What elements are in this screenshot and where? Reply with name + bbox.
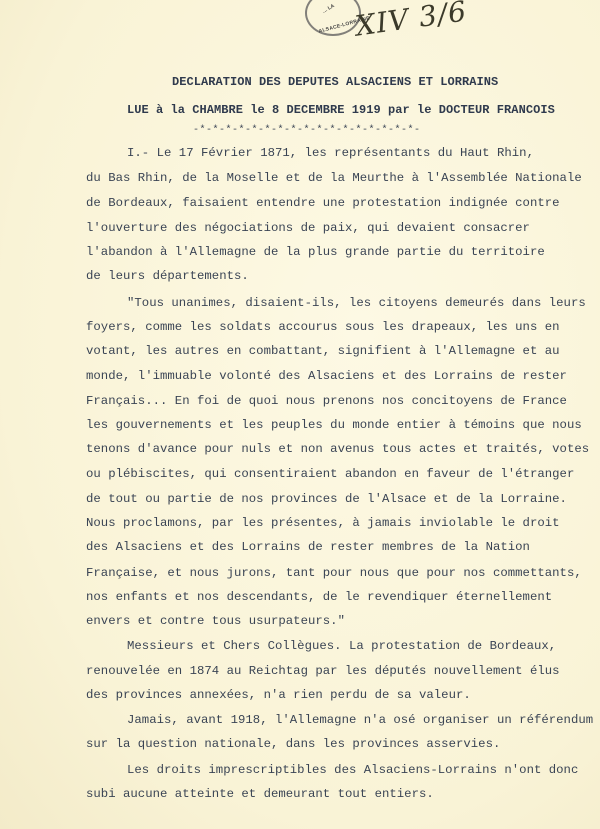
document-subtitle: LUE à la CHAMBRE le 8 DECEMBRE 1919 par … xyxy=(127,103,555,117)
text-line: foyers, comme les soldats accourus sous … xyxy=(86,320,560,334)
text-line: subi aucune atteinte et demeurant tout e… xyxy=(86,787,434,801)
archive-reference: XIV 3/6 xyxy=(353,0,469,43)
text-line: tenons d'avance pour nuls et non avenus … xyxy=(86,442,589,456)
text-line: Français... En foi de quoi nous prenons … xyxy=(86,394,567,408)
title-separator: -*-*-*-*-*-*-*-*-*-*-*-*-*-*-*-*-*- xyxy=(193,125,421,136)
text-line: l'ouverture des négociations de paix, qu… xyxy=(86,221,530,235)
text-line: de tout ou partie de nos provinces de l'… xyxy=(86,492,567,506)
text-line: Les droits imprescriptibles des Alsacien… xyxy=(127,763,578,777)
text-line: les gouvernements et les peuples du mond… xyxy=(86,418,582,432)
text-line: des provinces annexées, n'a rien perdu d… xyxy=(86,688,471,702)
text-line: Messieurs et Chers Collègues. La protest… xyxy=(127,639,556,653)
text-line: votant, les autres en combattant, signif… xyxy=(86,344,560,358)
text-line: de Bordeaux, faisaient entendre une prot… xyxy=(86,196,560,210)
text-line: des Alsaciens et des Lorrains de rester … xyxy=(86,540,530,554)
text-line: ou plébiscites, qui consentiraient aband… xyxy=(86,467,574,481)
text-line: Française, et nous jurons, tant pour nou… xyxy=(86,566,582,580)
text-line: "Tous unanimes, disaient-ils, les citoye… xyxy=(127,296,586,310)
text-line: renouvelée en 1874 au Reichtag par les d… xyxy=(86,664,560,678)
text-line: envers et contre tous usurpateurs." xyxy=(86,614,345,628)
document-title: DECLARATION DES DEPUTES ALSACIENS ET LOR… xyxy=(172,75,498,89)
document-page: … LA ALSACE-LORRAINE XIV 3/6 DECLARATION… xyxy=(0,0,600,829)
text-line: monde, l'immuable volonté des Alsaciens … xyxy=(86,369,567,383)
text-line: du Bas Rhin, de la Moselle et de la Meur… xyxy=(86,171,582,185)
text-line: l'abandon à l'Allemagne de la plus grand… xyxy=(86,245,545,259)
text-line: sur la question nationale, dans les prov… xyxy=(86,737,500,751)
text-line: nos enfants et nos descendants, de le re… xyxy=(86,590,552,604)
text-line: Nous proclamons, par les présentes, à ja… xyxy=(86,516,560,530)
text-line: Jamais, avant 1918, l'Allemagne n'a osé … xyxy=(127,713,593,727)
text-line: de leurs départements. xyxy=(86,269,249,283)
text-line: I.- Le 17 Février 1871, les représentant… xyxy=(127,146,534,160)
